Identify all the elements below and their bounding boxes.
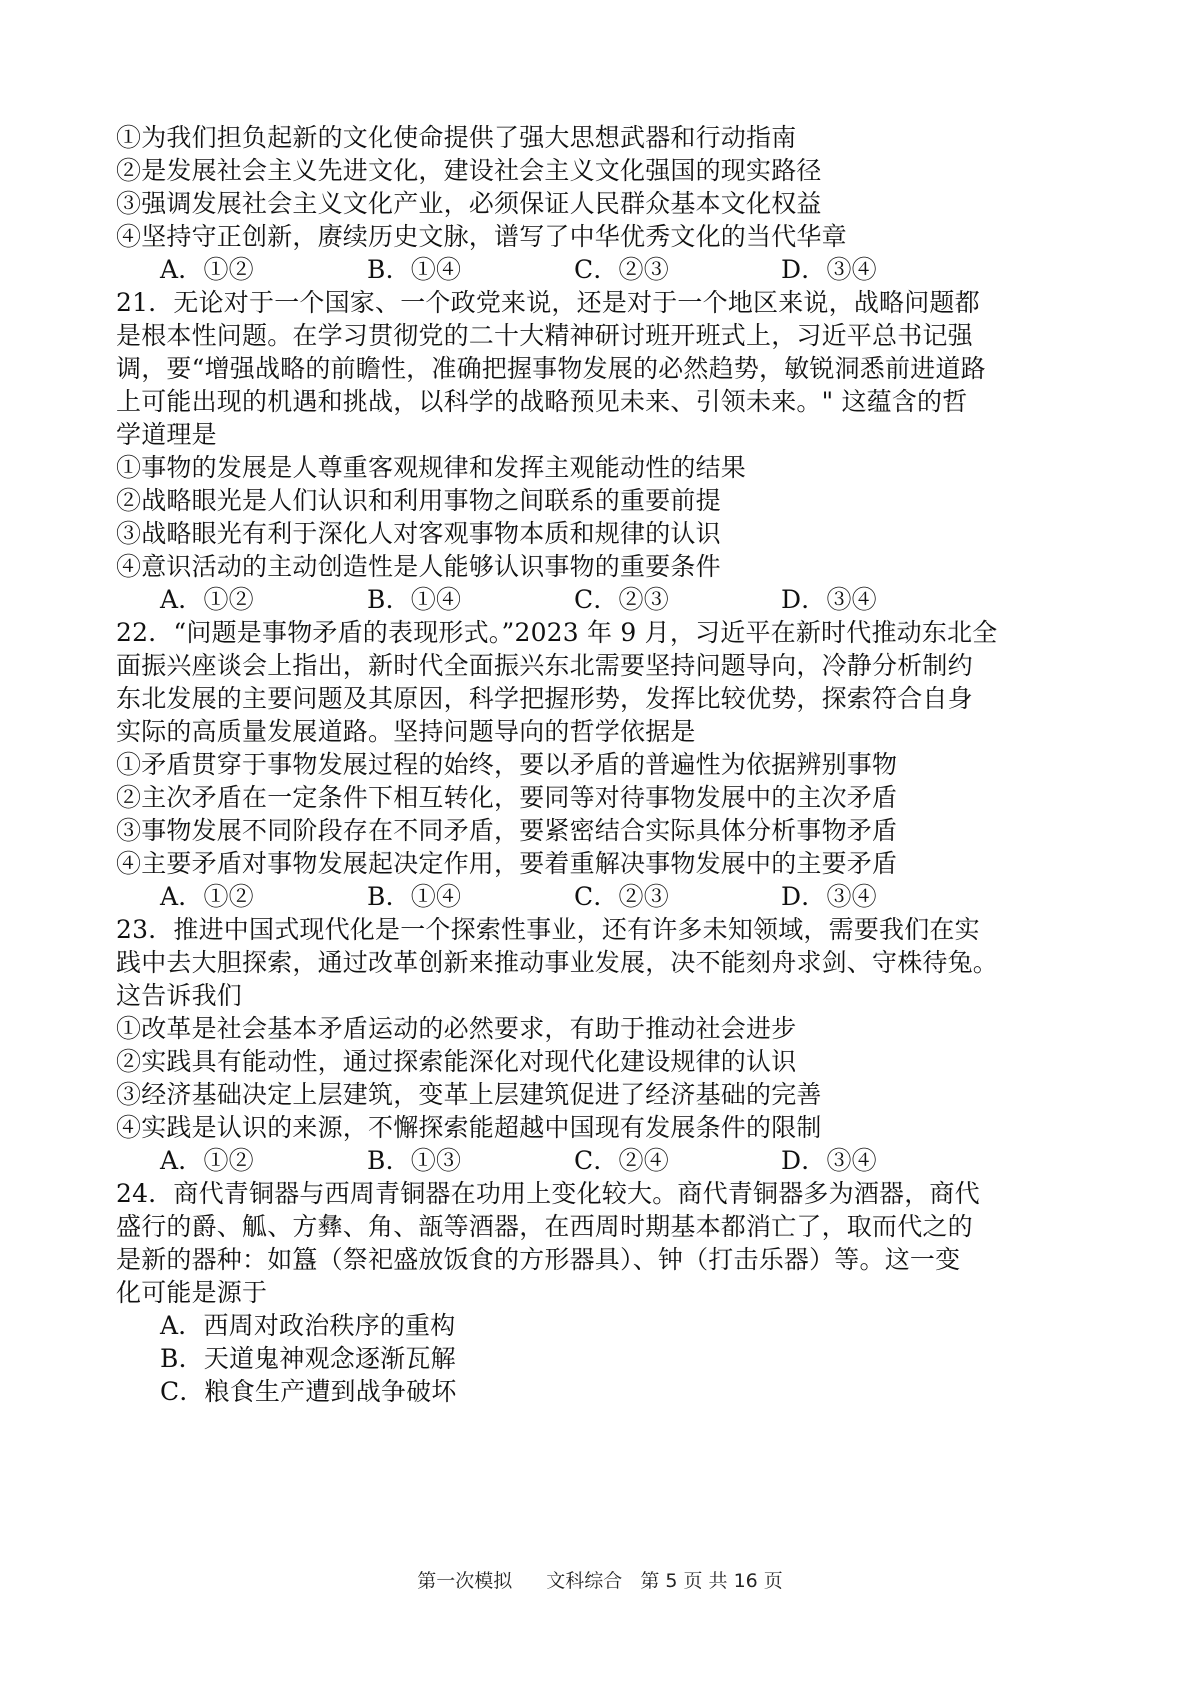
page-footer: 第一次模拟 文科综合 第 5 页 共 16 页 (0, 1566, 1200, 1593)
statement: ④实践是认识的来源，不懈探索能超越中国现有发展条件的限制 (116, 1111, 1086, 1144)
statement: ②战略眼光是人们认识和利用事物之间联系的重要前提 (116, 484, 1086, 517)
option-b: B．天道鬼神观念逐渐瓦解 (116, 1342, 1086, 1375)
question-stem: 调，要“增强战略的前瞻性，准确把握事物发展的必然趋势，敏锐洞悉前进道路 (116, 352, 1086, 385)
statement: ①为我们担负起新的文化使命提供了强大思想武器和行动指南 (116, 121, 1086, 154)
question-stem: 实际的高质量发展道路。坚持问题导向的哲学依据是 (116, 715, 1086, 748)
answer-options: A．①② B．①④ C．②③ D．③④ (116, 583, 1086, 616)
option-c: C．粮食生产遭到战争破坏 (116, 1375, 1086, 1408)
option-a: A．①② (160, 253, 367, 286)
option-c: C．②③ (574, 253, 781, 286)
option-a: A．①② (160, 880, 367, 913)
statement: ④意识活动的主动创造性是人能够认识事物的重要条件 (116, 550, 1086, 583)
statement: ①事物的发展是人尊重客观规律和发挥主观能动性的结果 (116, 451, 1086, 484)
statement: ②是发展社会主义先进文化，建设社会主义文化强国的现实路径 (116, 154, 1086, 187)
statement: ③经济基础决定上层建筑，变革上层建筑促进了经济基础的完善 (116, 1078, 1086, 1111)
option-d: D．③④ (781, 253, 988, 286)
subject-name: 文科综合 (546, 1570, 622, 1592)
question-stem: 面振兴座谈会上指出，新时代全面振兴东北需要坚持问题导向，冷静分析制约 (116, 649, 1086, 682)
question-20-tail: ①为我们担负起新的文化使命提供了强大思想武器和行动指南 ②是发展社会主义先进文化… (116, 121, 1086, 286)
question-stem: 这告诉我们 (116, 979, 1086, 1012)
option-b: B．①③ (367, 1144, 574, 1177)
exam-name: 第一次模拟 (417, 1570, 512, 1592)
statement: ③事物发展不同阶段存在不同矛盾，要紧密结合实际具体分析事物矛盾 (116, 814, 1086, 847)
answer-options: A．①② B．①④ C．②③ D．③④ (116, 880, 1086, 913)
option-c: C．②④ (574, 1144, 781, 1177)
option-a: A．①② (160, 583, 367, 616)
question-stem: 东北发展的主要问题及其原因，科学把握形势，发挥比较优势，探索符合自身 (116, 682, 1086, 715)
option-b: B．①④ (367, 253, 574, 286)
option-d: D．③④ (781, 583, 988, 616)
question-stem: 盛行的爵、觚、方彝、角、瓿等酒器，在西周时期基本都消亡了，取而代之的 (116, 1210, 1086, 1243)
statement: ①矛盾贯穿于事物发展过程的始终，要以矛盾的普遍性为依据辨别事物 (116, 748, 1086, 781)
statement: ①改革是社会基本矛盾运动的必然要求，有助于推动社会进步 (116, 1012, 1086, 1045)
exam-page-body: ①为我们担负起新的文化使命提供了强大思想武器和行动指南 ②是发展社会主义先进文化… (116, 121, 1086, 1408)
question-stem: 21．无论对于一个国家、一个政党来说，还是对于一个地区来说，战略问题都 (116, 286, 1086, 319)
option-c: C．②③ (574, 583, 781, 616)
question-22: 22．“问题是事物矛盾的表现形式。”2023 年 9 月，习近平在新时代推动东北… (116, 616, 1086, 913)
statement: ③强调发展社会主义文化产业，必须保证人民群众基本文化权益 (116, 187, 1086, 220)
statement: ④主要矛盾对事物发展起决定作用，要着重解决事物发展中的主要矛盾 (116, 847, 1086, 880)
option-d: D．③④ (781, 1144, 988, 1177)
answer-options: A．①② B．①④ C．②③ D．③④ (116, 253, 1086, 286)
question-stem: 践中去大胆探索，通过改革创新来推动事业发展，决不能刻舟求剑、守株待兔。 (116, 946, 1086, 979)
page-number: 第 5 页 共 16 页 (640, 1570, 782, 1592)
answer-options: A．①② B．①③ C．②④ D．③④ (116, 1144, 1086, 1177)
question-stem: 是新的器种：如簋（祭祀盛放饭食的方形器具）、钟（打击乐器）等。这一变 (116, 1243, 1086, 1276)
question-stem: 学道理是 (116, 418, 1086, 451)
statement: ③战略眼光有利于深化人对客观事物本质和规律的认识 (116, 517, 1086, 550)
option-a: A．西周对政治秩序的重构 (116, 1309, 1086, 1342)
question-stem: 是根本性问题。在学习贯彻党的二十大精神研讨班开班式上，习近平总书记强 (116, 319, 1086, 352)
statement: ④坚持守正创新，赓续历史文脉，谱写了中华优秀文化的当代华章 (116, 220, 1086, 253)
option-d: D．③④ (781, 880, 988, 913)
question-stem: 23．推进中国式现代化是一个探索性事业，还有许多未知领域，需要我们在实 (116, 913, 1086, 946)
question-stem: 24．商代青铜器与西周青铜器在功用上变化较大。商代青铜器多为酒器，商代 (116, 1177, 1086, 1210)
question-24: 24．商代青铜器与西周青铜器在功用上变化较大。商代青铜器多为酒器，商代 盛行的爵… (116, 1177, 1086, 1408)
option-b: B．①④ (367, 880, 574, 913)
statement: ②主次矛盾在一定条件下相互转化，要同等对待事物发展中的主次矛盾 (116, 781, 1086, 814)
question-stem: 22．“问题是事物矛盾的表现形式。”2023 年 9 月，习近平在新时代推动东北… (116, 616, 1086, 649)
option-b: B．①④ (367, 583, 574, 616)
statement: ②实践具有能动性，通过探索能深化对现代化建设规律的认识 (116, 1045, 1086, 1078)
question-stem: 上可能出现的机遇和挑战，以科学的战略预见未来、引领未来。" 这蕴含的哲 (116, 385, 1086, 418)
option-a: A．①② (160, 1144, 367, 1177)
option-c: C．②③ (574, 880, 781, 913)
question-23: 23．推进中国式现代化是一个探索性事业，还有许多未知领域，需要我们在实 践中去大… (116, 913, 1086, 1177)
question-21: 21．无论对于一个国家、一个政党来说，还是对于一个地区来说，战略问题都 是根本性… (116, 286, 1086, 616)
question-stem: 化可能是源于 (116, 1276, 1086, 1309)
